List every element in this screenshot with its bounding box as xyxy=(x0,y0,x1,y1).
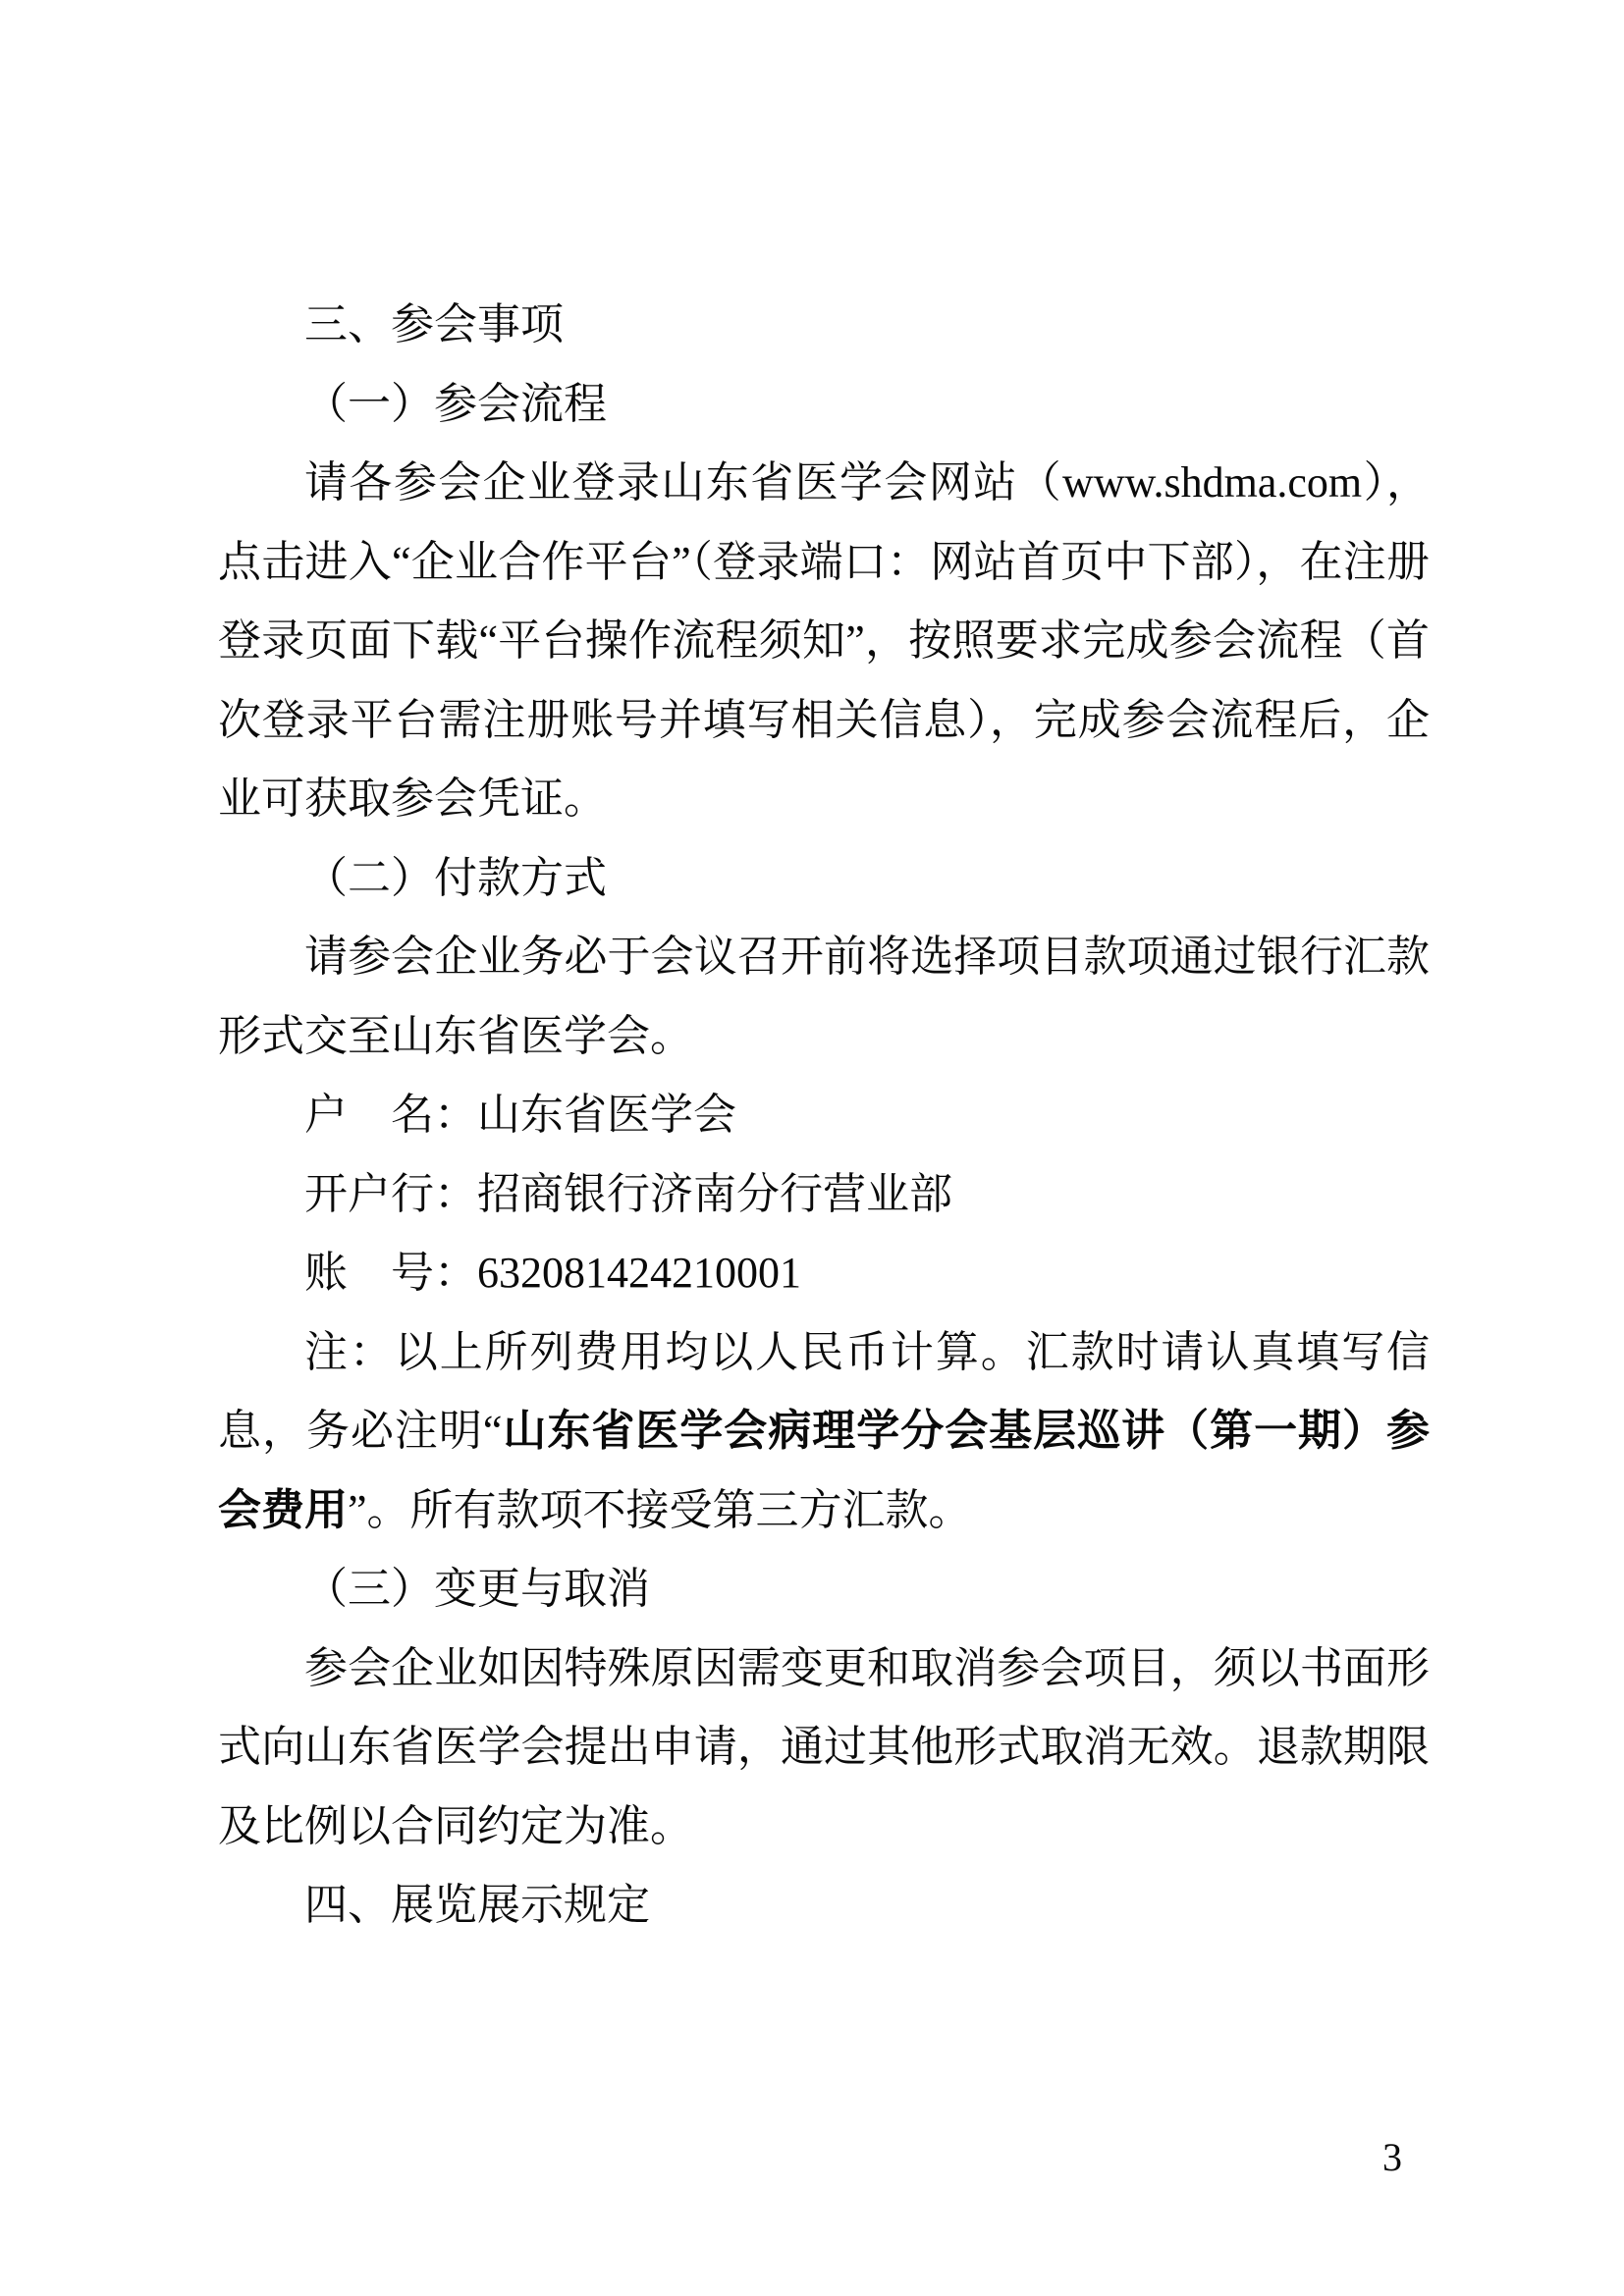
document-body: 三、参会事项 （一）参会流程 请各参会企业登录山东省医学会网站（www.shdm… xyxy=(218,286,1430,1946)
paragraph-change-cancel: 参会企业如因特殊原因需变更和取消参会项目，须以书面形式向山东省医学会提出申请，通… xyxy=(218,1629,1430,1867)
section-heading-exhibition-rules: 四、展览展示规定 xyxy=(218,1866,1430,1946)
subsection-heading-change-cancel: （三）变更与取消 xyxy=(218,1550,1430,1629)
paragraph-payment-method: 请参会企业务必于会议召开前将选择项目款项通过银行汇款形式交至山东省医学会。 xyxy=(218,918,1430,1076)
bank-account-number-line: 账 号：632081424210001 xyxy=(218,1234,1430,1313)
subsection-heading-payment-method: （二）付款方式 xyxy=(218,839,1430,919)
note-suffix-text: ”。所有款项不接受第三方汇款。 xyxy=(348,1486,972,1534)
page-number: 3 xyxy=(1382,2138,1402,2177)
bank-branch-line: 开户行：招商银行济南分行营业部 xyxy=(218,1155,1430,1235)
document-page: 三、参会事项 （一）参会流程 请各参会企业登录山东省医学会网站（www.shdm… xyxy=(0,0,1624,2296)
bank-account-name-line: 户 名：山东省医学会 xyxy=(218,1076,1430,1155)
paragraph-remittance-note: 注：以上所列费用均以人民币计算。汇款时请认真填写信息，务必注明“山东省医学会病理… xyxy=(218,1313,1430,1551)
subsection-heading-participation-flow: （一）参会流程 xyxy=(218,365,1430,445)
section-heading-participation-matters: 三、参会事项 xyxy=(218,286,1430,365)
paragraph-participation-flow: 请各参会企业登录山东省医学会网站（www.shdma.com），点击进入“企业合… xyxy=(218,444,1430,839)
